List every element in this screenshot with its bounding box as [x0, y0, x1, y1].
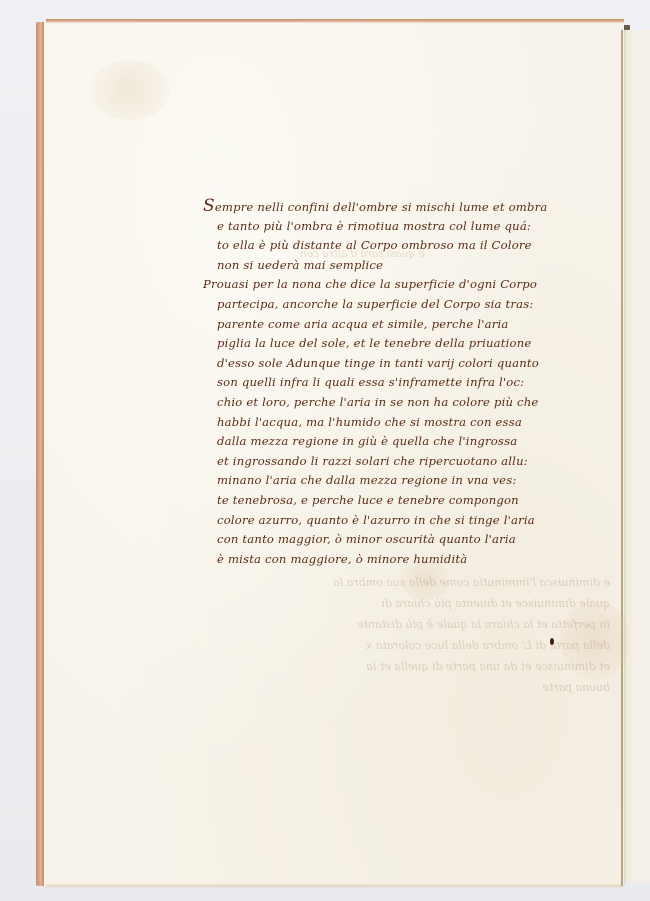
text-line: to ella è più distante al Corpo ombroso … [203, 236, 603, 256]
binding-gutter [621, 30, 623, 886]
paper-stain [90, 60, 170, 120]
text-line: habbi l'acqua, ma l'humido che si mostra… [203, 413, 603, 433]
text-line: Prouasi per la nona che dice la superfic… [203, 275, 603, 295]
bleed-line: et diminuisce et da una parte di quella … [215, 656, 610, 677]
text-line: è mista con maggiore, ò minore humidità [203, 550, 603, 570]
text-line: colore azurro, quanto è l'azurro in che … [203, 511, 603, 531]
text-line: minano l'aria che dalla mezza regione in… [203, 471, 603, 491]
ink-blot [550, 638, 554, 645]
text-line: partecipa, ancorche la superficie del Co… [203, 295, 603, 315]
page-edge-bottom [46, 884, 622, 887]
text-line: dalla mezza regione in giù è quella che … [203, 432, 603, 452]
bleed-through-block: e diminuisca l'imminutia come della sua … [215, 572, 610, 698]
bleed-line: buona parte [215, 677, 610, 698]
text-line: d'esso sole Adunque tinge in tanti varij… [203, 354, 603, 374]
text-line: et ingrossando li razzi solari che riper… [203, 452, 603, 472]
text-line: Sempre nelli confini dell'ombre si misch… [203, 197, 603, 217]
bleed-line: quale diminuisce et diuenta più chiara d… [215, 593, 610, 614]
bleed-line: in perfetta et la chiara la quale è più … [215, 614, 610, 635]
text-line: parente come aria acqua et simile, perch… [203, 315, 603, 335]
bleed-line: e diminuisca l'imminutia come della sua … [215, 572, 610, 593]
page-edge-top [46, 19, 624, 23]
facing-page-edge [622, 30, 650, 883]
text-line: te tenebrosa, e perche luce e tenebre co… [203, 491, 603, 511]
text-line: e tanto più l'ombra è rimotiua mostra co… [203, 217, 603, 237]
text-line: chio et loro, perche l'aria in se non ha… [203, 393, 603, 413]
text-line: piglia la luce del sole, et le tenebre d… [203, 334, 603, 354]
text-line: con tanto maggior, ò minor oscurità quan… [203, 530, 603, 550]
text-line: son quelli infra li quali essa s'inframe… [203, 373, 603, 393]
handwritten-text-block: Sempre nelli confini dell'ombre si misch… [203, 197, 603, 569]
text-line: non si uederà mai semplice [203, 256, 603, 276]
